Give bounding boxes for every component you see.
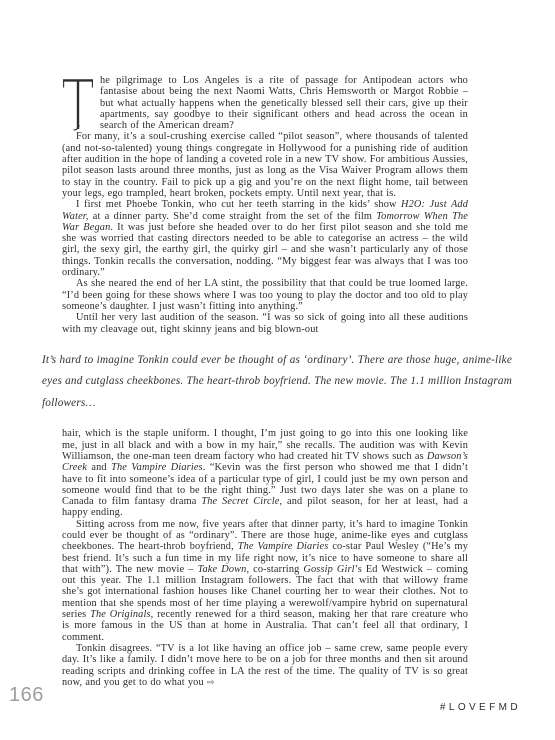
italic-title-run: The Originals [90,609,151,620]
article-paragraph: As she neared the end of her LA stint, t… [62,278,468,312]
drop-cap-t-glyph [62,78,94,131]
paragraphs-bottom: hair, which is the staple uniform. I tho… [62,428,468,689]
italic-title-run: Take Down [198,564,247,575]
drop-cap: T [62,75,100,131]
text-run: . It was just before she headed over to … [62,222,468,278]
text-run: he pilgrimage to Los Angeles is a rite o… [100,75,468,131]
text-run: at a dinner party. She’d come straight f… [89,211,377,222]
text-run: Tonkin disagrees. “TV is a lot like havi… [62,643,468,688]
italic-title-run: The Vampire Diaries [238,541,329,552]
text-run: Until her very last audition of the seas… [62,312,468,334]
continuation-arrow-icon: ⇨ [207,678,215,688]
article-paragraph: For many, it’s a soul-crushing exercise … [62,131,468,199]
pull-quote: It’s hard to imagine Tonkin could ever b… [42,350,512,415]
article-paragraph: he pilgrimage to Los Angeles is a rite o… [62,75,468,131]
italic-title-run: The Secret Circle [201,496,279,507]
article-paragraph: Tonkin disagrees. “TV is a lot like havi… [62,643,468,689]
italic-title-run: The Vampire Diaries [111,462,203,473]
article-paragraph: Until her very last audition of the seas… [62,312,468,335]
page-number: 166 [9,684,44,707]
article-body: T he pilgrimage to Los Angeles is a rite… [62,75,468,689]
article-paragraph: Sitting across from me now, five years a… [62,519,468,643]
hashtag-label: #LOVEFMD [440,702,521,713]
text-run: hair, which is the staple uniform. I tho… [62,428,468,462]
text-run: I first met Phoebe Tonkin, who cut her t… [76,199,401,210]
text-run: For many, it’s a soul-crushing exercise … [62,131,468,198]
magazine-page: T he pilgrimage to Los Angeles is a rite… [0,0,555,740]
italic-title-run: Gossip Girl [303,564,354,575]
text-run: As she neared the end of her LA stint, t… [62,278,468,312]
paragraphs-top: he pilgrimage to Los Angeles is a rite o… [62,75,468,335]
text-run: , co-starring [246,564,303,575]
article-paragraph: hair, which is the staple uniform. I tho… [62,428,468,518]
text-run: and [87,462,111,473]
article-paragraph: I first met Phoebe Tonkin, who cut her t… [62,199,468,278]
